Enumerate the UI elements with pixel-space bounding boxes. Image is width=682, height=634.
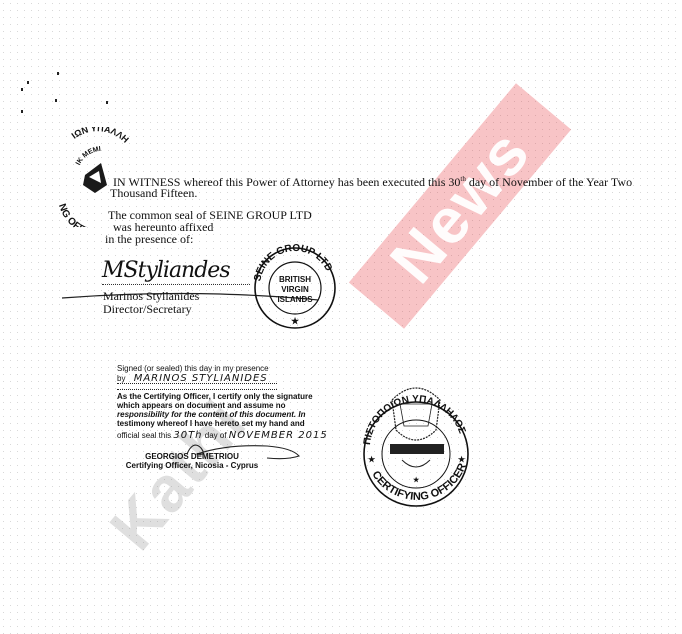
svg-text:NG OFFICER: NG OFFICER bbox=[56, 202, 107, 227]
svg-text:★: ★ bbox=[458, 455, 466, 464]
certifying-officer-seal-icon: ΠΙΣΤΟΠΟΙΩΝ ΥΠΑΛΛΗΛΟΣ CERTIFYING OFFICER … bbox=[352, 370, 482, 510]
official-seal-row: official seal this 30Th day of NOVEMBER … bbox=[117, 431, 277, 440]
svg-text:ISLANDS: ISLANDS bbox=[277, 295, 313, 304]
common-seal-line-3: in the presence of: bbox=[105, 232, 193, 246]
signature-dotted-line bbox=[102, 284, 250, 285]
official-seal-label: official seal this bbox=[117, 431, 171, 440]
by-label: by bbox=[117, 374, 125, 383]
scan-speck bbox=[21, 88, 23, 91]
officer-name: GEORGIOS DEMETRIOU bbox=[117, 452, 267, 461]
news-watermark-text: News bbox=[375, 115, 544, 297]
signatory-name: Marinos Styllanides bbox=[103, 289, 199, 303]
witness-text-cont: day of November of the Year Two bbox=[466, 175, 632, 189]
certification-block: Signed (or sealed) this day in my presen… bbox=[117, 364, 277, 470]
signed-by-row: by MARINOS STYLIANIDES bbox=[117, 374, 277, 384]
scan-speck bbox=[106, 101, 108, 104]
witness-clause-line-2: Thousand Fifteen. bbox=[110, 186, 197, 200]
signed-in-presence-label: Signed (or sealed) this day in my presen… bbox=[117, 364, 277, 373]
handwritten-day: 30Th bbox=[173, 430, 202, 441]
statement-line: which appears on document and assume no bbox=[117, 401, 277, 410]
certification-statement: As the Certifying Officer, I certify onl… bbox=[117, 389, 277, 428]
news-watermark: News bbox=[349, 83, 571, 328]
svg-text:VIRGIN: VIRGIN bbox=[281, 285, 309, 294]
director-signature: MStyliandes bbox=[102, 258, 230, 283]
svg-text:★: ★ bbox=[368, 455, 376, 464]
handwritten-signatory: MARINOS STYLIANIDES bbox=[134, 373, 268, 384]
signatory-title: Director/Secretary bbox=[103, 302, 192, 316]
seine-group-company-seal-icon: SEINE GROUP LTD BRITISH VIRGIN ISLANDS ★ bbox=[250, 236, 340, 336]
svg-text:ΙΚ ΜΕΜΙ: ΙΚ ΜΕΜΙ bbox=[75, 146, 101, 167]
svg-text:★: ★ bbox=[413, 476, 420, 484]
svg-text:BRITISH: BRITISH bbox=[279, 275, 311, 284]
scan-speck bbox=[27, 81, 29, 84]
svg-text:★: ★ bbox=[291, 316, 300, 326]
scan-speck bbox=[55, 99, 57, 102]
day-of-label: day of bbox=[205, 431, 227, 440]
statement-line: As the Certifying Officer, I certify onl… bbox=[117, 392, 277, 401]
statement-line: testimony whereof I have hereto set my h… bbox=[117, 419, 277, 428]
signature-scrawl: MStyliandes bbox=[102, 258, 230, 283]
officer-title: Certifying Officer, Nicosia - Cyprus bbox=[117, 461, 267, 470]
scan-speck bbox=[21, 110, 23, 113]
handwritten-month-year: NOVEMBER 2015 bbox=[229, 430, 328, 441]
scan-speck bbox=[57, 72, 59, 75]
svg-text:ΙΩΝ ΥΠΑΛΛΗ: ΙΩΝ ΥΠΑΛΛΗ bbox=[70, 127, 131, 145]
statement-line: responsibility for the content of this d… bbox=[117, 410, 277, 419]
